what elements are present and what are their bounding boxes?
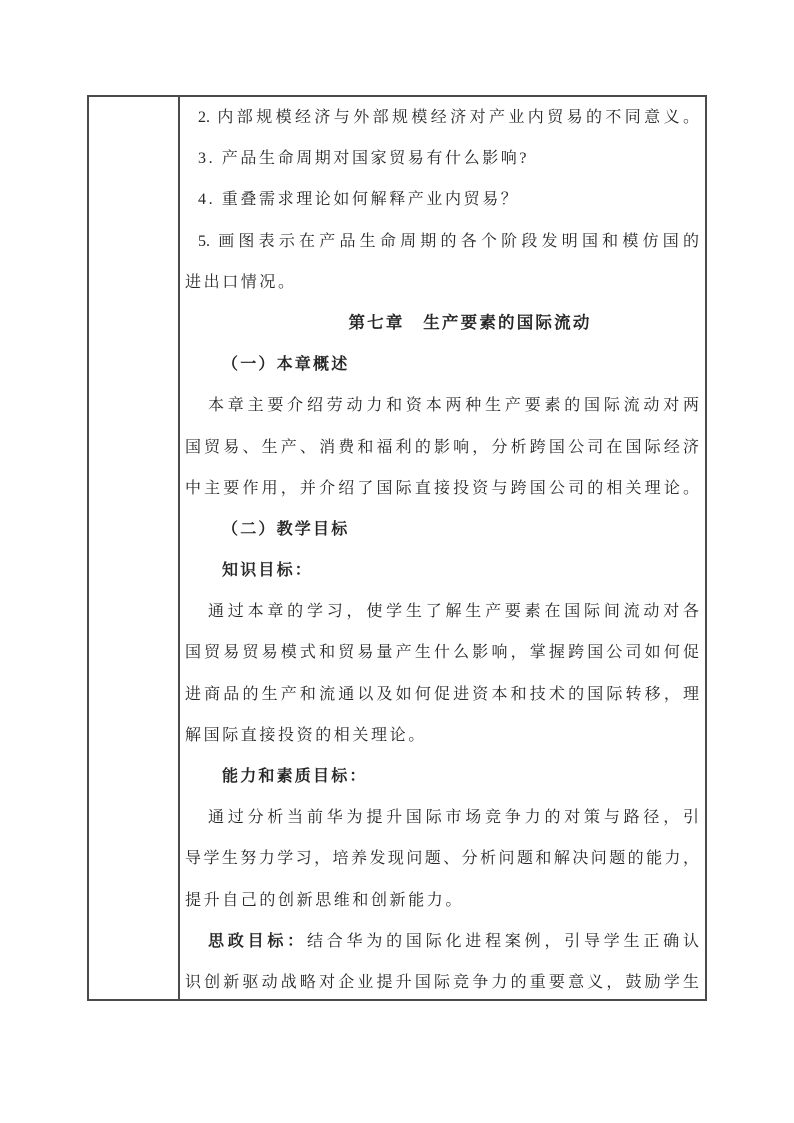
paragraph-line: 识创新驱动战略对企业提升国际竞争力的重要意义，鼓励学生 — [185, 962, 699, 999]
paragraph-line: 国贸易、生产、消费和福利的影响，分析跨国公司在国际经济 — [185, 427, 699, 468]
paragraph-line: 本章主要介绍劳动力和资本两种生产要素的国际流动对两 — [185, 385, 699, 426]
paragraph-line: 进商品的生产和流通以及如何促进资本和技术的国际转移，理 — [185, 674, 699, 715]
paragraph-line: 中主要作用，并介绍了国际直接投资与跨国公司的相关理论。 — [185, 468, 699, 509]
lesson-plan-table: 2. 内部规模经济与外部规模经济对产业内贸易的不同意义。3. 产品生命周期对国家… — [87, 95, 707, 1001]
paragraph-line: 导学生努力学习，培养发现问题、分析问题和解决问题的能力， — [185, 838, 699, 879]
list-item: 4. 重叠需求理论如何解释产业内贸易？ — [185, 179, 699, 220]
list-item: 5. 画图表示在产品生命周期的各个阶段发明国和模仿国的 — [185, 221, 699, 262]
section-heading: 知识目标： — [185, 550, 699, 591]
table-left-empty-cell — [89, 97, 180, 999]
paragraph-line: 进出口情况。 — [185, 262, 699, 303]
chapter-title: 第七章 生产要素的国际流动 — [185, 303, 699, 344]
section-heading: （二）教学目标 — [185, 509, 699, 550]
table-content-cell: 2. 内部规模经济与外部规模经济对产业内贸易的不同意义。3. 产品生命周期对国家… — [180, 97, 705, 999]
paragraph-line: 国贸易贸易模式和贸易量产生什么影响，掌握跨国公司如何促 — [185, 632, 699, 673]
section-heading: （一）本章概述 — [185, 344, 699, 385]
paragraph-line: 解国际直接投资的相关理论。 — [185, 715, 699, 756]
inline-heading: 思政目标： — [208, 933, 307, 950]
section-heading: 能力和素质目标： — [185, 756, 699, 797]
list-item: 2. 内部规模经济与外部规模经济对产业内贸易的不同意义。 — [185, 97, 699, 138]
paragraph-line: 通过本章的学习，使学生了解生产要素在国际间流动对各 — [185, 591, 699, 632]
list-item: 3. 产品生命周期对国家贸易有什么影响? — [185, 138, 699, 179]
paragraph-line: 通过分析当前华为提升国际市场竞争力的对策与路径，引 — [185, 797, 699, 838]
paragraph-line: 提升自己的创新思维和创新能力。 — [185, 880, 699, 921]
paragraph-line: 思政目标：结合华为的国际化进程案例，引导学生正确认 — [185, 921, 699, 962]
